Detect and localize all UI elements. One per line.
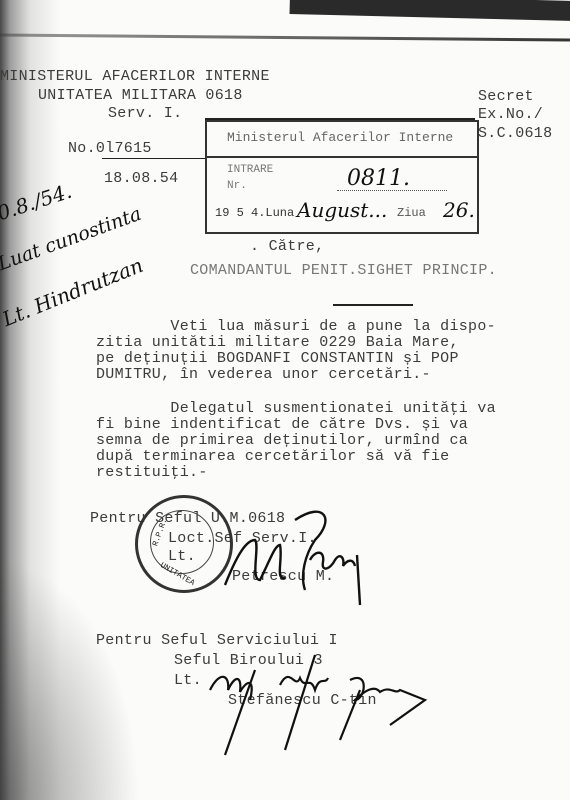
unit-heading: UNITATEA MILITARA 0618 (38, 87, 243, 104)
stamp-day: 26. (443, 198, 475, 222)
salutation: . Către, (250, 238, 324, 255)
registry-number: 0811. (347, 166, 410, 191)
body-line: după terminarea cercetărilor să vă fie (96, 448, 449, 465)
body-line: semna de primirea deținutilor, urmînd ca (96, 432, 468, 449)
stamp-day-label: Ziua (397, 206, 426, 220)
secret-label: Secret (478, 88, 534, 105)
body-line: DUMITRU, în vederea unor cercetări.- (96, 366, 431, 383)
classification-code: S.C.0618 (478, 125, 552, 142)
body-line: Delegatul susmentionatei unităţi va (96, 400, 496, 417)
addressee-rule (333, 304, 413, 306)
stamp-title: Ministerul Afacerilor Interne (227, 130, 453, 145)
stamp-label-intrare: INTRARE (227, 164, 273, 176)
body-line: restituiţi.- (96, 464, 208, 481)
body-line: pe deținuții BOGDANFI CONSTANTIN și POP (96, 350, 459, 367)
document-number: No.0l7615 (68, 140, 152, 157)
sig2-line3: Lt. (174, 672, 202, 689)
signature-stefanescu (200, 630, 440, 760)
document-date: 18.08.54 (104, 170, 178, 187)
scan-fold-line (0, 34, 570, 42)
stamp-month: August... (297, 198, 387, 222)
copy-number: Ex.No./ (478, 106, 543, 123)
addressee: COMANDANTUL PENIT.SIGHET PRINCIP. (190, 262, 497, 279)
stamp-label-nr: Nr. (227, 180, 247, 192)
stamp-dotted-line (337, 190, 447, 191)
service-heading: Serv. I. (108, 105, 182, 122)
body-line: Veti lua măsuri de a pune la dispo- (96, 318, 496, 335)
number-underline (102, 158, 207, 159)
scan-corner-shadow (0, 560, 140, 800)
stamp-year: 19 5 4.Luna (215, 206, 294, 220)
signature-petrescu (215, 500, 375, 610)
ministry-heading: MINISTERUL AFACERILOR INTERNE (0, 68, 270, 85)
scan-edge-shadow (290, 0, 570, 21)
registry-stamp: Ministerul Afacerilor Interne INTRARE Nr… (205, 120, 479, 234)
body-line: fi bine indentificat de către Dvs. și va (96, 416, 468, 433)
body-line: zitia unitătii militare 0229 Baia Mare, (96, 334, 459, 351)
scanned-document-page: MINISTERUL AFACERILOR INTERNE UNITATEA M… (0, 0, 570, 800)
